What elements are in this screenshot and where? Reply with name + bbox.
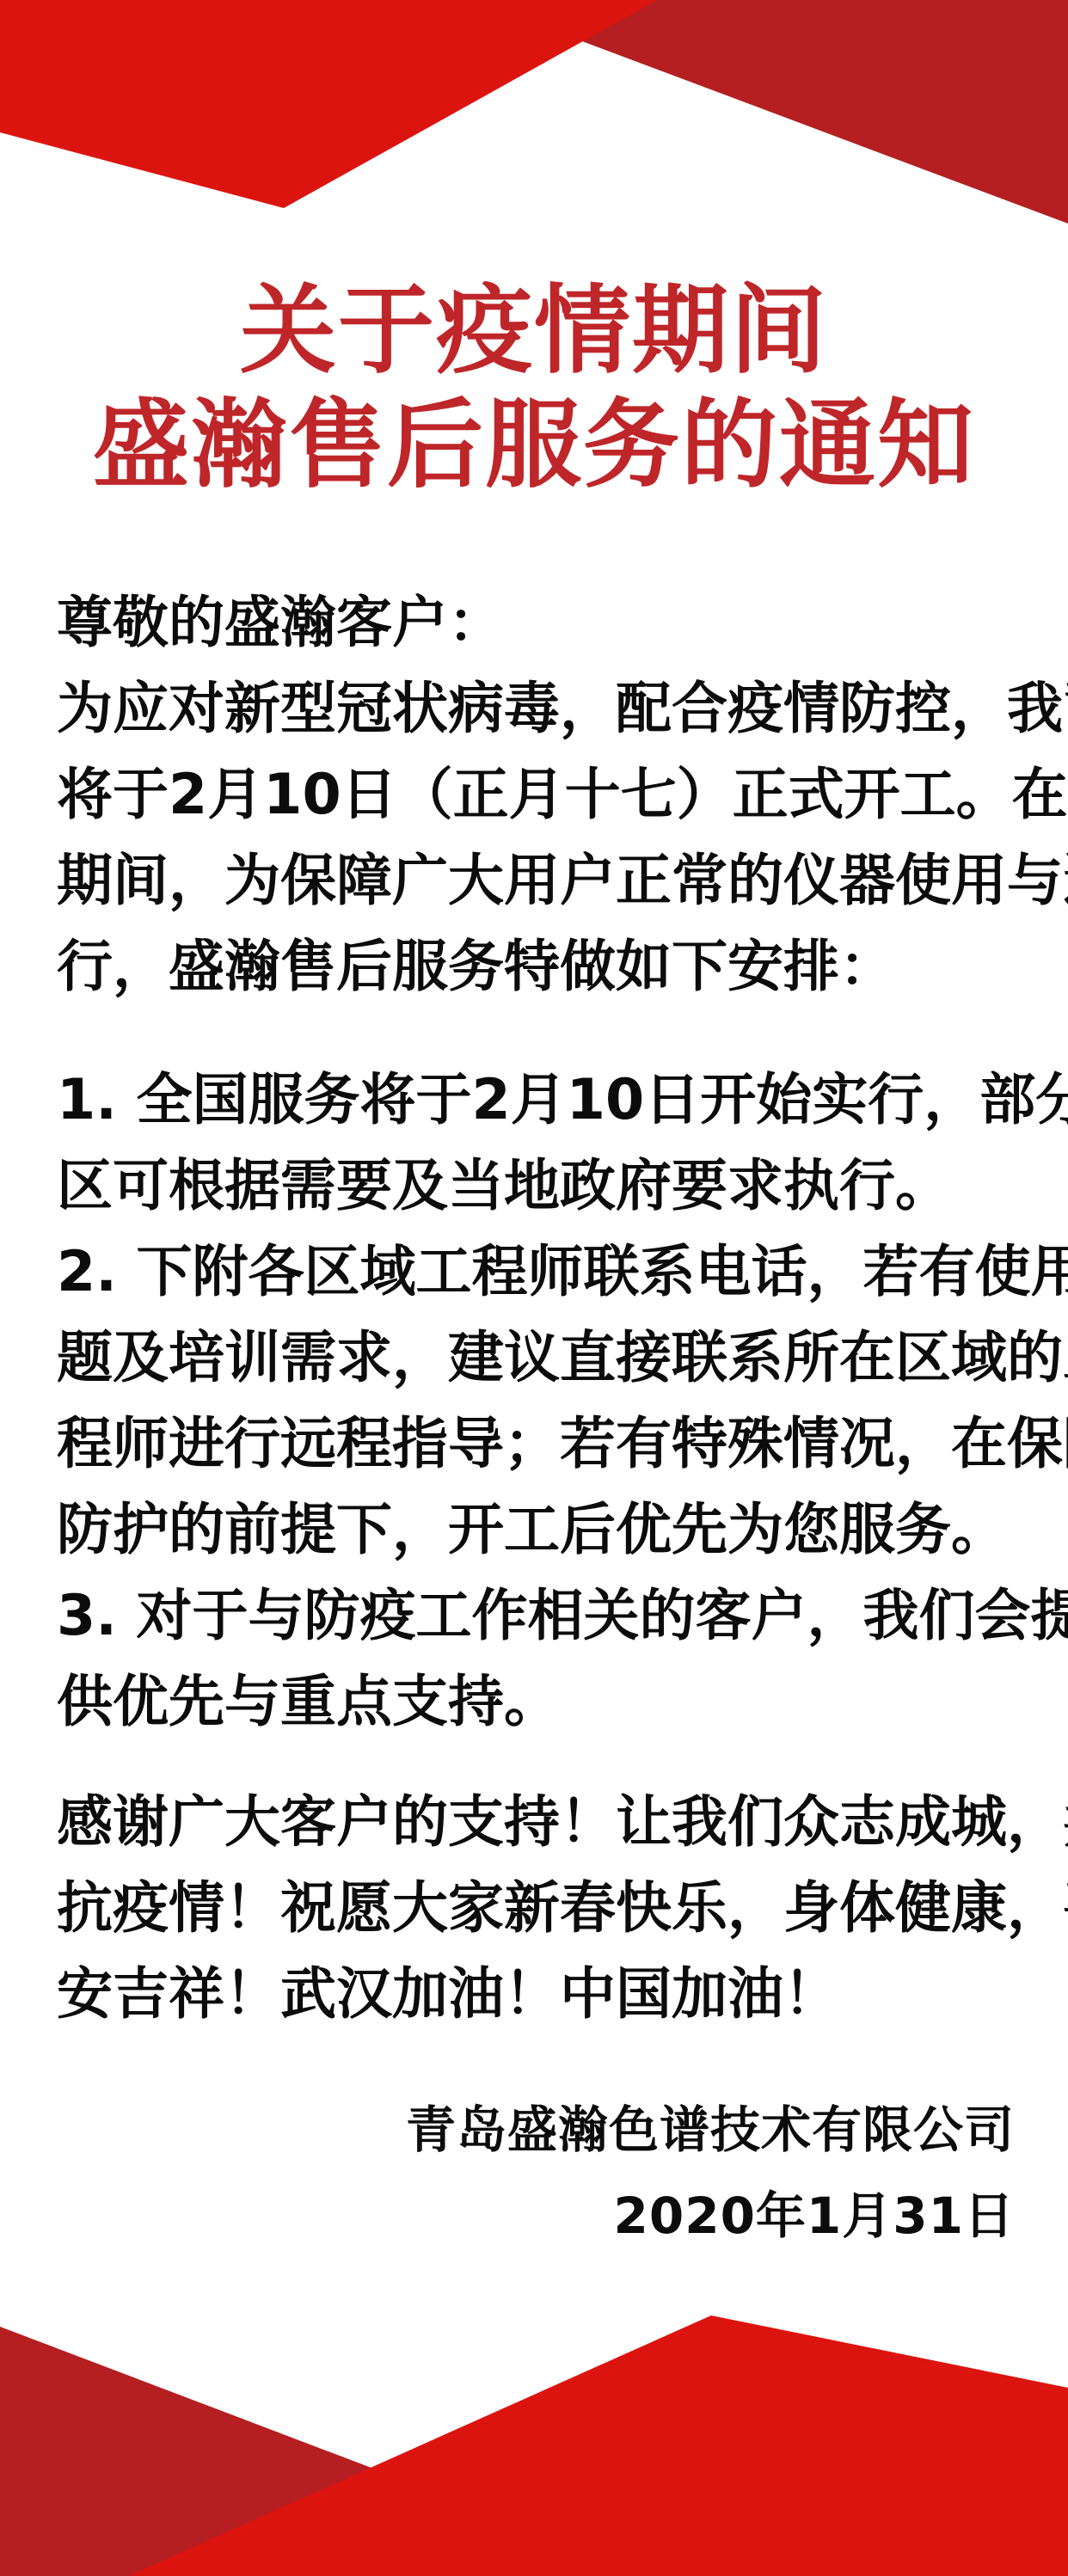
notice-poster: 关于疫情期间 盛瀚售后服务的通知 尊敬的盛瀚客户：为应对新型冠状病毒，配合疫情防… [0,0,1068,2576]
text-line: 1. 全国服务将于2月10日开始实行，部分地 [57,1058,1015,1144]
text-line: 为应对新型冠状病毒，配合疫情防控，我司 [57,666,1015,752]
signature-company: 青岛盛瀚色谱技术有限公司 [57,2087,1015,2173]
text-line: 2. 下附各区域工程师联系电话，若有使用问 [57,1230,1015,1316]
poster-title-line-1: 关于疫情期间 [0,274,1068,389]
text-line: 程师进行远程指导；若有特殊情况，在保障 [57,1401,1015,1487]
paragraph-greeting: 尊敬的盛瀚客户： [57,580,1015,666]
paragraph-intro: 为应对新型冠状病毒，配合疫情防控，我司将于2月10日（正月十七）正式开工。在此期… [57,666,1015,1010]
text-line: 安吉祥！武汉加油！中国加油！ [57,1952,1015,2038]
notice-body: 尊敬的盛瀚客户：为应对新型冠状病毒，配合疫情防控，我司将于2月10日（正月十七）… [57,580,1015,2259]
text-line: 3. 对于与防疫工作相关的客户，我们会提 [57,1573,1015,1659]
poster-title-line-2: 盛瀚售后服务的通知 [0,389,1068,503]
paragraph-item-1: 1. 全国服务将于2月10日开始实行，部分地区可根据需要及当地政府要求执行。 [57,1058,1015,1230]
text-line: 防护的前提下，开工后优先为您服务。 [57,1487,1015,1573]
text-line: 行，盛瀚售后服务特做如下安排： [57,924,1015,1010]
notice-paragraphs: 尊敬的盛瀚客户：为应对新型冠状病毒，配合疫情防控，我司将于2月10日（正月十七）… [57,580,1015,2038]
poster-title: 关于疫情期间 盛瀚售后服务的通知 [0,274,1068,503]
text-line: 区可根据需要及当地政府要求执行。 [57,1144,1015,1230]
paragraph-closing: 感谢广大客户的支持！让我们众志成城，共抗疫情！祝愿大家新春快乐，身体健康，平安吉… [57,1780,1015,2038]
text-line: 尊敬的盛瀚客户： [57,580,1015,666]
signature-date: 2020年1月31日 [57,2173,1015,2259]
text-line: 感谢广大客户的支持！让我们众志成城，共 [57,1780,1015,1866]
paragraph-item-3: 3. 对于与防疫工作相关的客户，我们会提供优先与重点支持。 [57,1573,1015,1745]
paragraph-item-2: 2. 下附各区域工程师联系电话，若有使用问题及培训需求，建议直接联系所在区域的工… [57,1230,1015,1573]
text-line: 将于2月10日（正月十七）正式开工。在此 [57,752,1015,838]
text-line: 期间，为保障广大用户正常的仪器使用与运 [57,838,1015,924]
text-line: 题及培训需求，建议直接联系所在区域的工 [57,1316,1015,1401]
text-line: 供优先与重点支持。 [57,1659,1015,1745]
text-line: 抗疫情！祝愿大家新春快乐，身体健康，平 [57,1866,1015,1952]
